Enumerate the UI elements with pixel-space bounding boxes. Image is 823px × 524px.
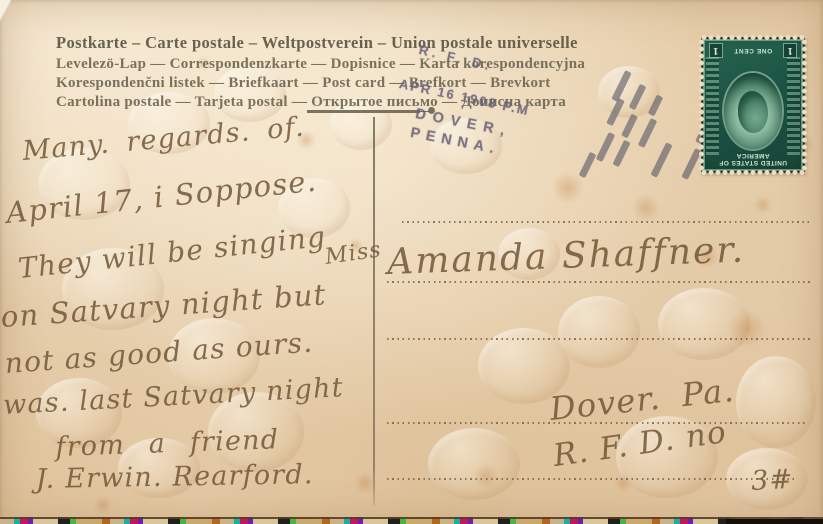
stamp-design-inverted: UNITED STATES OF AMERICA 1 ONE CENT 1 xyxy=(703,39,803,171)
age-stain xyxy=(552,172,584,204)
scan-corner-sliver xyxy=(0,0,36,54)
postage-stamp: UNITED STATES OF AMERICA 1 ONE CENT 1 xyxy=(698,34,808,176)
address-dotted-line xyxy=(387,478,797,480)
stamp-perforation xyxy=(699,169,807,176)
stamp-numeral-right: 1 xyxy=(709,43,723,58)
franklin-portrait xyxy=(738,91,768,133)
header-line-2: Levelezö-Lap — Correspondenzkarte — Dopi… xyxy=(56,56,585,73)
address-route-number: 3# xyxy=(750,464,794,497)
age-stain xyxy=(754,196,772,214)
message-line-5: not as good as ours. xyxy=(4,326,315,380)
stamp-perforation xyxy=(699,34,807,41)
stamp-body: UNITED STATES OF AMERICA 1 ONE CENT 1 xyxy=(701,37,805,173)
stamp-numeral-left: 1 xyxy=(784,43,798,58)
age-stain xyxy=(728,310,766,348)
stamp-perforation xyxy=(698,37,705,173)
header-line-1: Postkarte – Carte postale – Weltpostvere… xyxy=(56,33,578,53)
stamp-country-label: UNITED STATES OF AMERICA xyxy=(705,152,801,166)
stamp-denomination: ONE CENT xyxy=(734,47,772,54)
header-line-3: Korespondenčni listek — Briefkaart — Pos… xyxy=(56,75,551,92)
scan-edge-black xyxy=(726,519,823,524)
emboss-blob xyxy=(558,296,640,368)
message-line-3: They will be singing xyxy=(17,220,328,285)
scan-edge-artifact xyxy=(0,517,823,524)
stamp-portrait-oval xyxy=(724,73,782,149)
postcard-back: Postkarte – Carte postale – Weltpostvere… xyxy=(0,0,823,524)
center-divider-line xyxy=(373,117,375,505)
address-name: Amanda Shaffner. xyxy=(387,230,746,283)
address-dotted-line xyxy=(387,338,811,340)
emboss-blob xyxy=(736,356,816,448)
emboss-blob xyxy=(428,428,520,500)
age-stain xyxy=(474,464,498,488)
stamp-perforation xyxy=(801,37,808,173)
age-stain xyxy=(94,496,112,514)
message-signature: J. Erwin. Rearford. xyxy=(35,459,313,495)
age-stain xyxy=(614,474,632,492)
age-stain xyxy=(632,194,660,222)
address-dotted-line xyxy=(387,281,811,283)
address-dotted-line xyxy=(402,221,812,223)
header-divider-rule xyxy=(307,110,420,113)
